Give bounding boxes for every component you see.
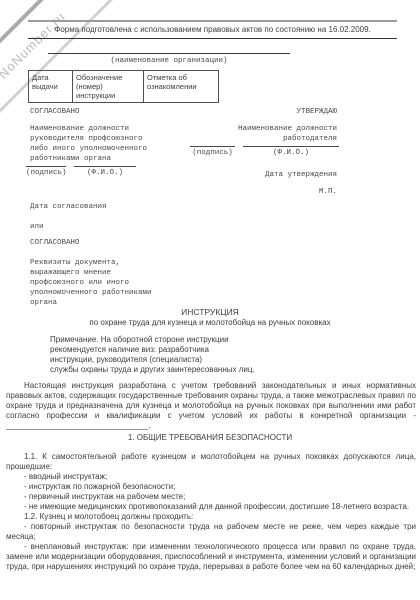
paragraph-1-2: 1.2. Кузнец и молотобоец должны проходит… <box>6 512 416 522</box>
section1-heading: 1. ОБЩИЕ ТРЕБОВАНИЯ БЕЗОПАСНОСТИ <box>0 433 420 443</box>
approve-label: УТВЕРЖДАЮ <box>0 107 337 117</box>
note-block: Примечание. На оборотной стороне инструк… <box>50 335 265 375</box>
organization-name-label: (наименование организации) <box>48 56 290 66</box>
right-name-line <box>243 146 339 147</box>
list-item-induction: - вводный инструктаж; <box>6 472 416 482</box>
list-item-workplace-briefing: - первичный инструктаж на рабочем месте; <box>6 492 416 502</box>
organization-name-line <box>48 38 290 54</box>
table-row: Дата выдачи Обозначение (номер) инструкц… <box>29 71 219 103</box>
employer-position-block: Наименование должности работодателя <box>0 124 337 144</box>
seal-label: М.П. <box>0 187 337 197</box>
agreement-date-label: Дата согласования <box>30 202 107 212</box>
or-label: или <box>30 222 44 232</box>
left-name-line <box>74 166 136 167</box>
document-page: NoNumber.ru Форма подготовлена с использ… <box>0 0 420 600</box>
left-signature-line <box>26 166 66 167</box>
approval-date-label: Дата утверждения <box>0 170 337 180</box>
list-item-medical: - не имеющие медицинских противопоказани… <box>6 502 416 512</box>
list-item-unscheduled-briefing: - внеплановый инструктаж: при изменении … <box>6 542 416 572</box>
paragraph-1-1: 1.1. К самостоятельной работе кузнецом и… <box>6 452 416 472</box>
issue-table: Дата выдачи Обозначение (номер) инструкц… <box>28 70 219 103</box>
right-signature-label: (подпись) <box>185 148 240 158</box>
agreed-label-2: СОГЛАСОВАНО <box>30 238 80 248</box>
right-name-label: (Ф.И.О.) <box>243 148 339 158</box>
document-subtitle: по охране труда для кузнеца и молотобойц… <box>0 318 420 328</box>
right-signature-line <box>190 146 235 147</box>
list-item-fire-safety: - инструктаж по пожарной безопасности; <box>6 482 416 492</box>
section1-body: 1.1. К самостоятельной работе кузнецом и… <box>6 452 416 572</box>
document-title: ИНСТРУКЦИЯ <box>0 307 420 317</box>
requisites-block: Реквизиты документа, выражающего мнение … <box>30 258 152 308</box>
form-preparation-notice: Форма подготовлена с использованием прав… <box>28 20 397 39</box>
list-item-repeat-briefing: - повторный инструктаж по безопасности т… <box>6 522 416 542</box>
table-header-instruction-number: Обозначение (номер) инструкции <box>73 71 144 103</box>
intro-paragraph: Настоящая инструкция разработана с учето… <box>6 381 416 431</box>
table-header-acknowledgement-mark: Отметка об ознакомлении <box>144 71 219 103</box>
table-header-issue-date: Дата выдачи <box>29 71 73 103</box>
